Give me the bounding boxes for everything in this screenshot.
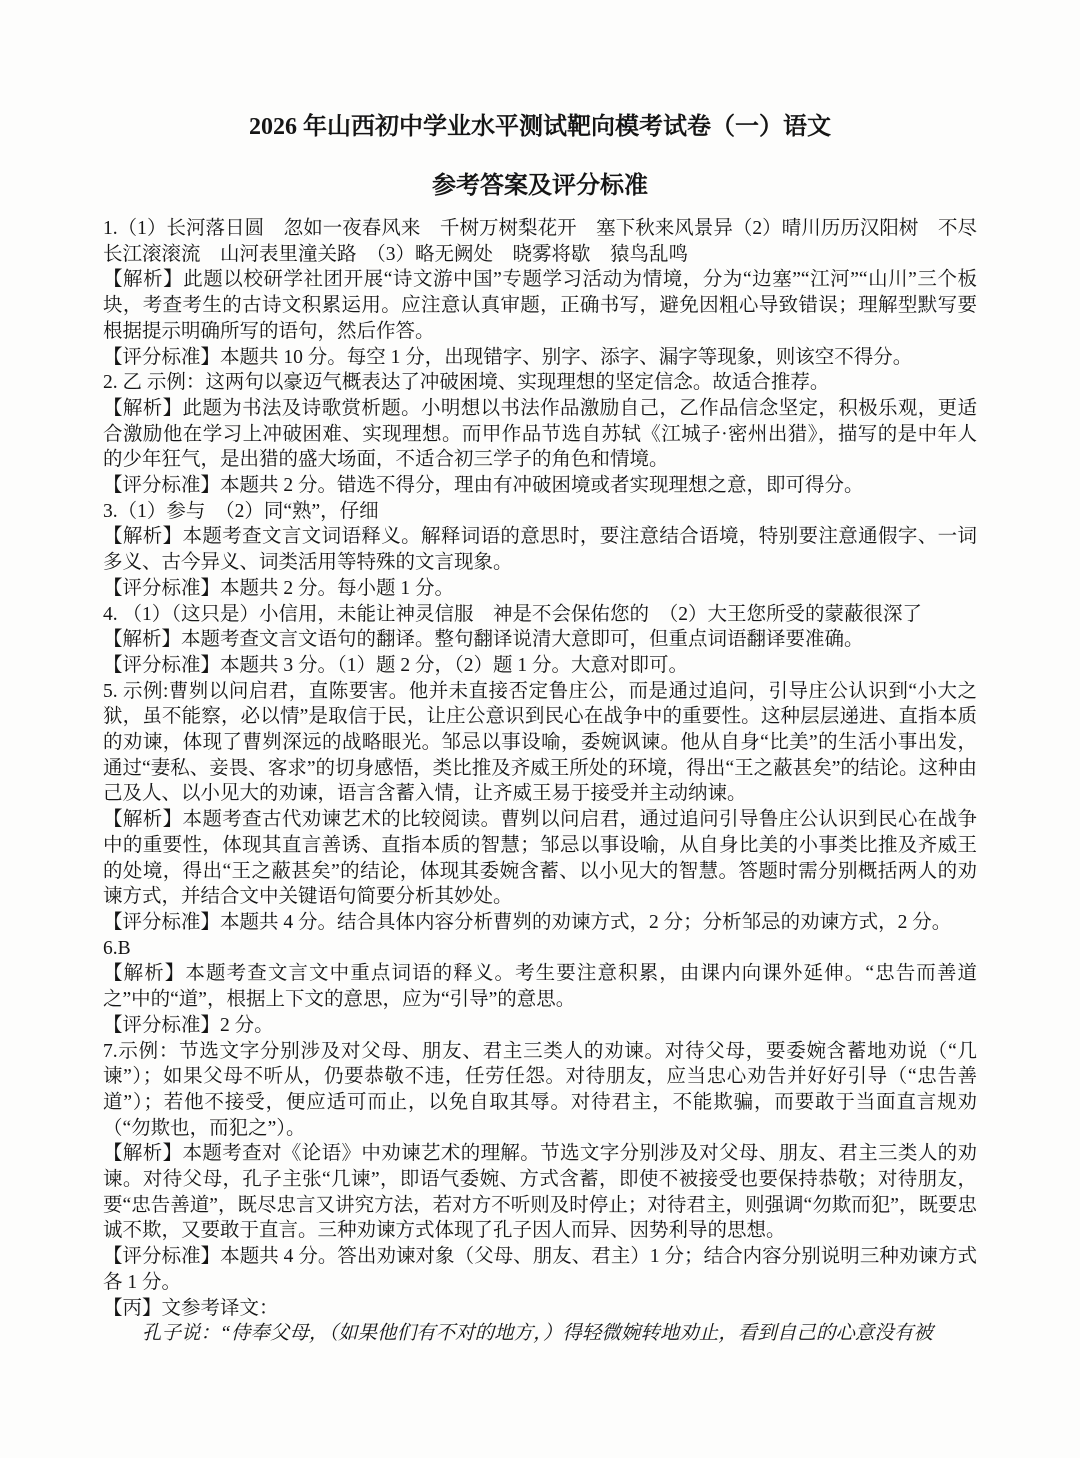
paragraph-8: 【解析】本题考查文言文词语释义。解释词语的意思时，要注意结合语境，特别要注意通假…	[103, 524, 977, 575]
paragraph-18: 【评分标准】2 分。	[103, 1013, 977, 1039]
paragraph-14: 【解析】本题考查古代劝谏艺术的比较阅读。曹刿以问启君，通过追问引导鲁庄公认识到民…	[103, 807, 977, 910]
paragraph-13: 5. 示例:曹刿以问启君，直陈要害。他并未直接否定鲁庄公，而是通过追问，引导庄公…	[103, 679, 977, 808]
paragraph-2: 【解析】此题以校研学社团开展“诗文游中国”专题学习活动为情境，分为“边塞”“江河…	[103, 267, 977, 344]
paragraph-15: 【评分标准】本题共 4 分。结合具体内容分析曹刿的劝谏方式，2 分；分析邹忌的劝…	[103, 910, 977, 936]
paragraph-20: 【解析】本题考查对《论语》中劝谏艺术的理解。节选文字分别涉及对父母、朋友、君主三…	[103, 1141, 977, 1244]
paragraph-22: 【丙】文参考译文：	[103, 1296, 977, 1322]
paragraph-4: 2. 乙 示例：这两句以豪迈气概表达了冲破困境、实现理想的坚定信念。故适合推荐。	[103, 370, 977, 396]
paragraph-10: 4. （1）（这只是）小信用，未能让神灵信服 神是不会保佑您的 （2）大王您所受…	[103, 602, 977, 628]
page-subtitle: 参考答案及评分标准	[103, 165, 977, 200]
page-title: 2026 年山西初中学业水平测试靶向模考试卷（一）语文	[103, 106, 977, 141]
paragraph-11: 【解析】本题考查文言文语句的翻译。整句翻译说清大意即可，但重点词语翻译要准确。	[103, 627, 977, 653]
paragraph-9: 【评分标准】本题共 2 分。每小题 1 分。	[103, 576, 977, 602]
paragraph-23: 孔子说：“侍奉父母，（如果他们有不对的地方，）得轻微婉转地劝止，看到自己的心意没…	[103, 1321, 977, 1347]
paragraph-5: 【解析】此题为书法及诗歌赏析题。小明想以书法作品激励自己，乙作品信念坚定，积极乐…	[103, 396, 977, 473]
paragraph-12: 【评分标准】本题共 3 分。（1）题 2 分，（2）题 1 分。大意对即可。	[103, 653, 977, 679]
answers-content: 1.（1）长河落日圆 忽如一夜春风来 千树万树梨花开 塞下秋来风景异（2）晴川历…	[103, 216, 977, 1347]
paragraph-6: 【评分标准】本题共 2 分。错选不得分，理由有冲破困境或者实现理想之意，即可得分…	[103, 473, 977, 499]
paragraph-3: 【评分标准】本题共 10 分。每空 1 分，出现错字、别字、添字、漏字等现象，则…	[103, 345, 977, 371]
answer-key-page: 2026 年山西初中学业水平测试靶向模考试卷（一）语文 参考答案及评分标准 1.…	[0, 0, 1080, 1458]
paragraph-21: 【评分标准】本题共 4 分。答出劝谏对象（父母、朋友、君主）1 分；结合内容分别…	[103, 1244, 977, 1295]
paragraph-7: 3.（1）参与 （2）同“熟”，仔细	[103, 499, 977, 525]
paragraph-17: 【解析】本题考查文言文中重点词语的释义。考生要注意积累，由课内向课外延伸。“忠告…	[103, 961, 977, 1012]
paragraph-1: 1.（1）长河落日圆 忽如一夜春风来 千树万树梨花开 塞下秋来风景异（2）晴川历…	[103, 216, 977, 267]
paragraph-16: 6.B	[103, 936, 977, 962]
paragraph-19: 7.示例：节选文字分别涉及对父母、朋友、君主三类人的劝谏。对待父母，要委婉含蓄地…	[103, 1039, 977, 1142]
